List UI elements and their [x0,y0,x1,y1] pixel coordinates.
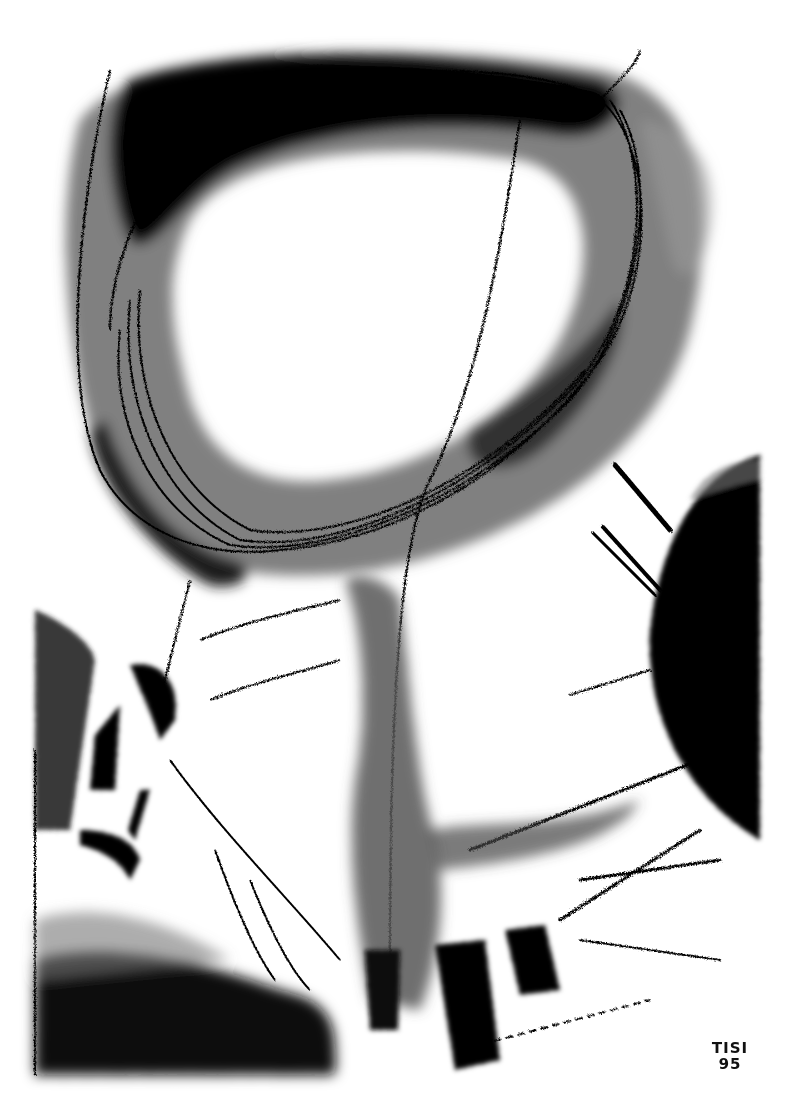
signature-year: 95 [700,1056,760,1072]
signature-name: TISI [700,1040,760,1056]
bottom-left-wash [35,912,336,1075]
ink-artwork [0,0,790,1114]
artist-signature: TISI 95 [700,1040,760,1072]
central-drip [345,576,640,1010]
right-dark-mass [650,455,760,840]
left-marks [35,610,176,880]
